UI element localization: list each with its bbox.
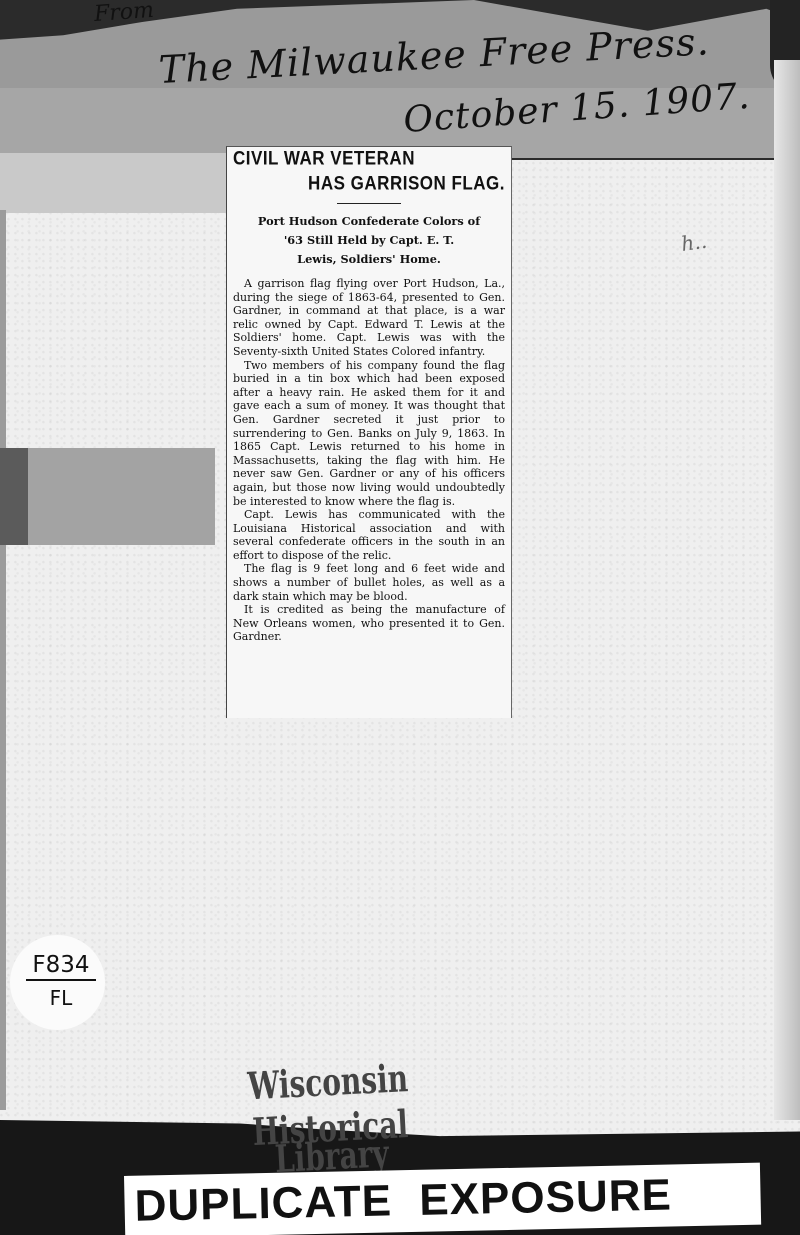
tape-residue	[0, 153, 230, 213]
headline-line-1: CIVIL WAR VETERAN	[233, 147, 505, 169]
article-paragraph: Capt. Lewis has communicated with the Lo…	[233, 508, 505, 562]
left-page-edge	[0, 210, 6, 1110]
subheadline: Port Hudson Confederate Colors of '63 St…	[233, 212, 505, 269]
handwritten-from-note: From	[93, 0, 154, 27]
catalog-number: F834	[26, 952, 96, 981]
catalog-mark: F834 FL	[26, 952, 96, 1011]
right-page-edge	[774, 60, 800, 1120]
headline-divider	[337, 203, 401, 204]
subheadline-line: Lewis, Soldiers' Home.	[233, 250, 505, 269]
subheadline-line: '63 Still Held by Capt. E. T.	[233, 231, 505, 250]
headline-line-2: HAS GARRISON FLAG.	[233, 172, 505, 194]
duplicate-exposure-banner: DUPLICATE EXPOSURE	[124, 1163, 761, 1235]
margin-pencil-mark: h..	[680, 229, 709, 256]
article-body: A garrison flag flying over Port Hudson,…	[233, 277, 505, 644]
library-stamp: Wisconsin Historical Library	[188, 1065, 473, 1182]
subheadline-line: Port Hudson Confederate Colors of	[233, 212, 505, 231]
article-paragraph: The flag is 9 feet long and 6 feet wide …	[233, 562, 505, 603]
article-paragraph: A garrison flag flying over Port Hudson,…	[233, 277, 505, 359]
catalog-subcode: FL	[26, 985, 96, 1011]
article-paragraph: It is credited as being the manufacture …	[233, 603, 505, 644]
newspaper-clipping: CIVIL WAR VETERAN HAS GARRISON FLAG. Por…	[226, 146, 512, 718]
left-tape-strip	[0, 448, 215, 545]
article-paragraph: Two members of his company found the fla…	[233, 359, 505, 509]
